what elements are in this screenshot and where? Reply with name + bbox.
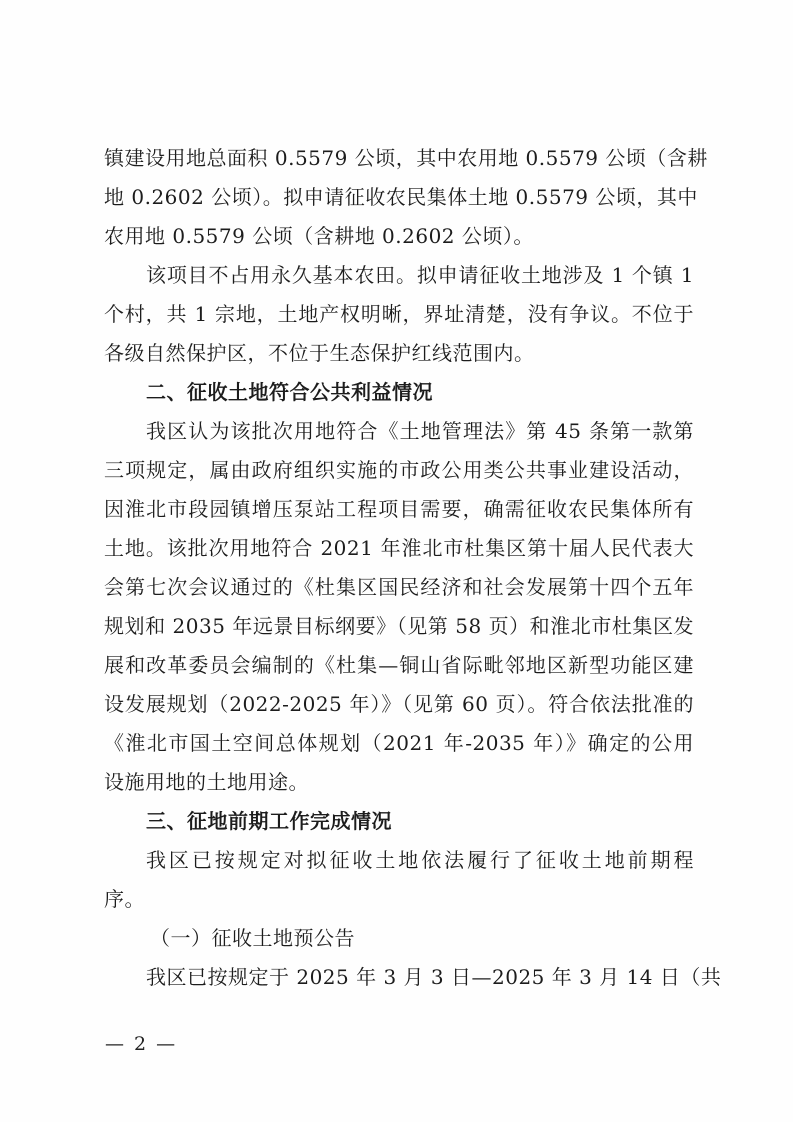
section-heading-2: 二、征收土地符合公共利益情况 (146, 379, 694, 405)
paragraph-line: 因淮北市段园镇增压泵站工程项目需要，确需征收农民集体所有 (104, 496, 694, 522)
section-heading-3: 三、征地前期工作完成情况 (146, 808, 694, 834)
document-page: 镇建设用地总面积 0.5579 公顷，其中农用地 0.5579 公顷（含耕 地 … (0, 0, 793, 1122)
paragraph-line: 我区认为该批次用地符合《土地管理法》第 45 条第一款第 (146, 418, 694, 444)
paragraph-line: 三项规定，属由政府组织实施的市政公用类公共事业建设活动， (104, 457, 694, 483)
page-number: — 2 — (105, 1033, 177, 1055)
subsection-heading-1: （一）征收土地预公告 (150, 925, 740, 951)
paragraph-line: 序。 (104, 886, 694, 912)
paragraph-line: 我区已按规定于 2025 年 3 月 3 日—2025 年 3 月 14 日（共 (146, 964, 694, 990)
paragraph-line: 我区已按规定对拟征收土地依法履行了征收土地前期程 (146, 847, 694, 873)
paragraph-line: 镇建设用地总面积 0.5579 公顷，其中农用地 0.5579 公顷（含耕 (104, 145, 694, 171)
paragraph-line: 规划和 2035 年远景目标纲要》（见第 58 页）和淮北市杜集区发 (104, 613, 694, 639)
paragraph-line: 展和改革委员会编制的《杜集—铜山省际毗邻地区新型功能区建 (104, 652, 694, 678)
paragraph-line: 地 0.2602 公顷）。拟申请征收农民集体土地 0.5579 公顷，其中 (104, 184, 694, 210)
paragraph-line: 会第七次会议通过的《杜集区国民经济和社会发展第十四个五年 (104, 574, 694, 600)
paragraph-line: 个村，共 1 宗地，土地产权明晰，界址清楚，没有争议。不位于 (104, 301, 694, 327)
paragraph-line: 设施用地的土地用途。 (104, 769, 694, 795)
paragraph-line: 农用地 0.5579 公顷（含耕地 0.2602 公顷）。 (104, 223, 694, 249)
paragraph-line: 土地。该批次用地符合 2021 年淮北市杜集区第十届人民代表大 (104, 535, 694, 561)
paragraph-line: 各级自然保护区，不位于生态保护红线范围内。 (104, 340, 694, 366)
paragraph-line: 《淮北市国土空间总体规划（2021 年-2035 年）》确定的公用 (104, 730, 694, 756)
paragraph-line: 设发展规划（2022-2025 年）》（见第 60 页）。符合依法批准的 (104, 691, 694, 717)
paragraph-line: 该项目不占用永久基本农田。拟申请征收土地涉及 1 个镇 1 (146, 262, 694, 288)
